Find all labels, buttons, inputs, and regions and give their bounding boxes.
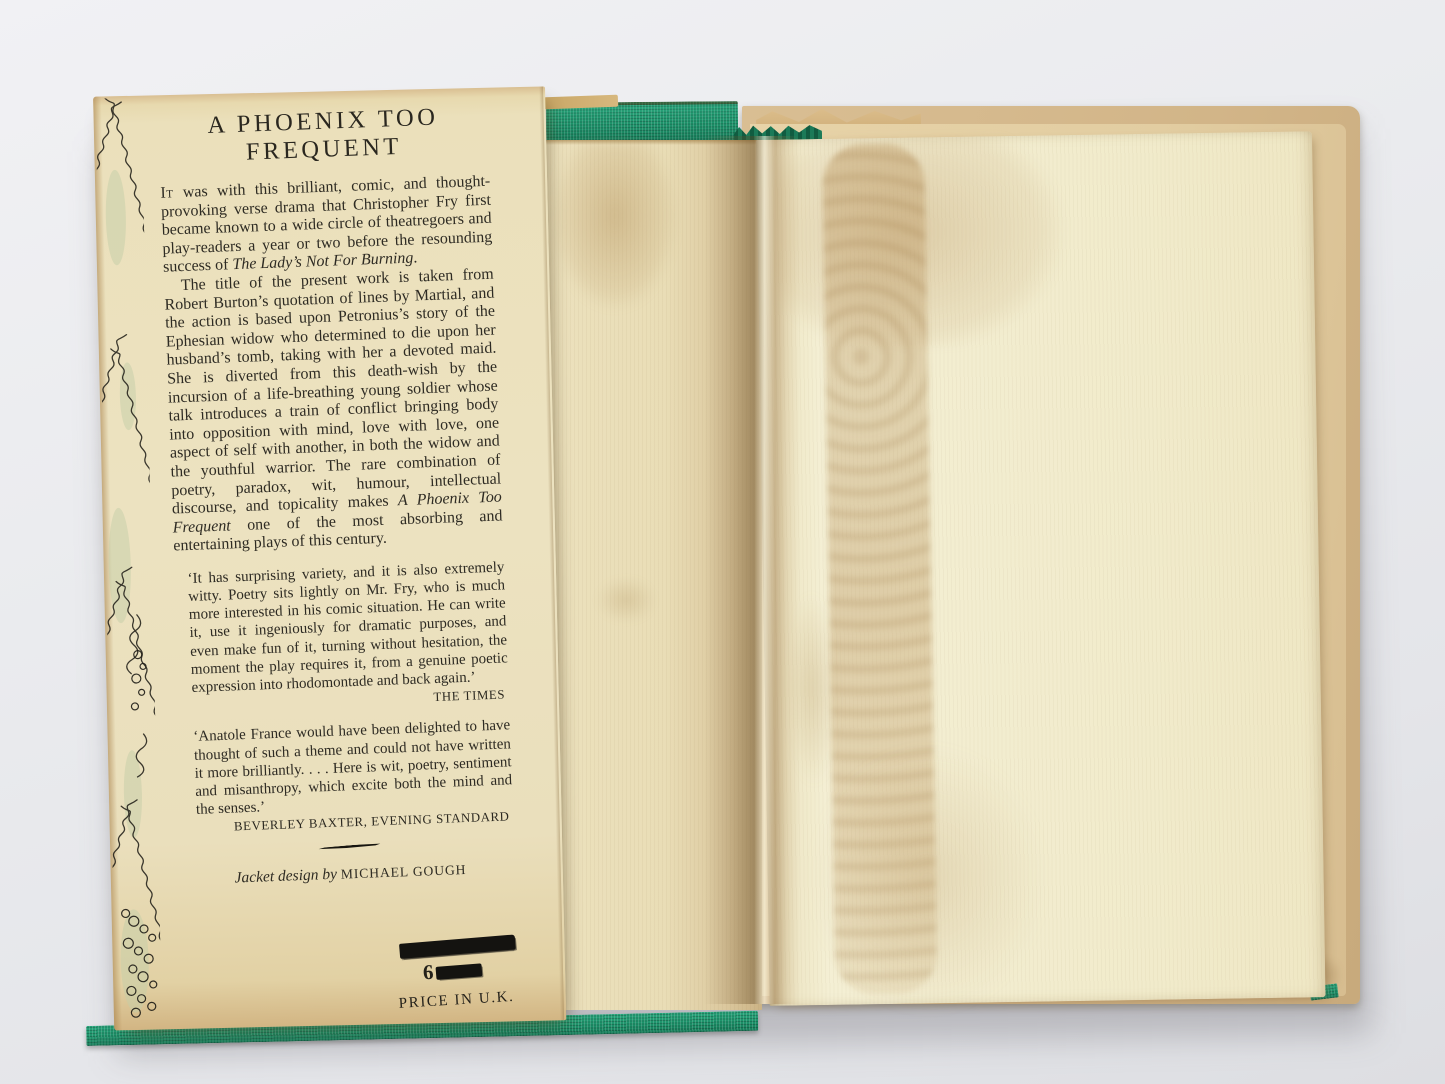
photo-open-book: A PHOENIX TOO FREQUENT It was with this …	[0, 0, 1445, 1084]
flap-quote: ‘It has surprising variety, and it is al…	[174, 558, 508, 697]
flap-blocks: It was with this brilliant, comic, and t…	[160, 173, 516, 890]
jacket-fold-edge	[544, 95, 618, 110]
flap-para: It was with this brilliant, comic, and t…	[160, 173, 493, 278]
page-stain	[554, 142, 689, 327]
jacket-edge-illustration	[95, 98, 162, 1023]
book-title: A PHOENIX TOO FREQUENT	[158, 102, 490, 170]
flap-text-column: A PHOENIX TOO FREQUENT It was with this …	[158, 102, 516, 890]
redaction-bar	[399, 934, 516, 958]
redaction-bar	[435, 963, 482, 980]
price-digit: 6	[422, 963, 434, 982]
price-block: 6 PRICE IN U.K.	[395, 934, 549, 1013]
right-blank-page	[756, 131, 1326, 1006]
price-label: PRICE IN U.K.	[398, 987, 549, 1013]
page-stain	[795, 695, 1090, 1030]
page-stain	[586, 570, 666, 630]
redacted-price-row: 6	[422, 956, 547, 982]
flap-para: The title of the present work is taken f…	[164, 266, 504, 557]
book-gutter	[704, 136, 800, 1004]
flap-credit: Jacket design by MICHAEL GOUGH	[185, 859, 515, 890]
flap-divider	[318, 843, 380, 850]
flap-quote: ‘Anatole France would have been delighte…	[180, 717, 513, 820]
dust-jacket-front-flap: A PHOENIX TOO FREQUENT It was with this …	[93, 86, 566, 1030]
